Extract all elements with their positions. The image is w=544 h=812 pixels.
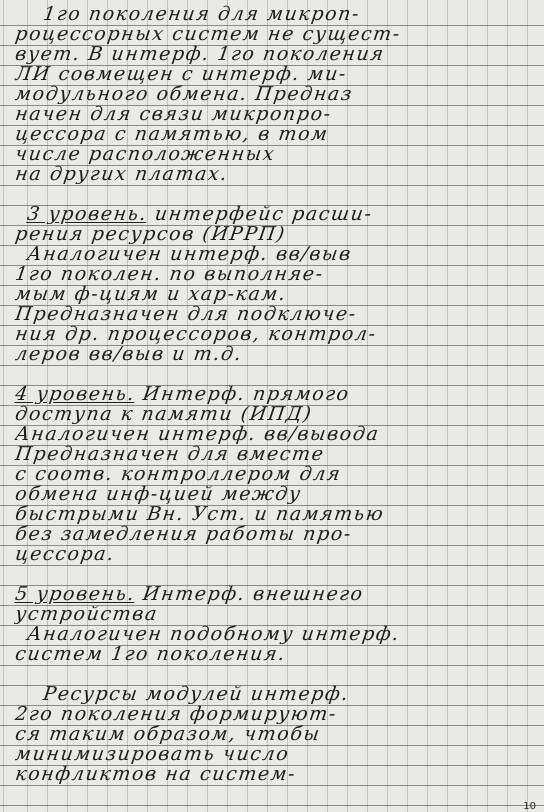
text-line: Ресурсы модулей интерф. [14,684,537,704]
block-level-4: 4 уровень. Интерф. прямого доступа к пам… [14,384,534,564]
spacer [14,564,534,584]
text-line: доступа к памяти (ИПД) [14,404,537,424]
text-line: ЛИ совмещен с интерф. ми- [14,64,537,84]
text-fragment: интерфейс расши- [146,204,374,224]
text-line: цессора. [14,544,537,564]
text-line: начен для связи микропро- [14,104,537,124]
page-number: 10 [523,801,536,812]
text-line: устройства [14,604,537,624]
section-heading: 5 уровень. [14,584,137,604]
text-line: 1го поколен. по выполняе- [14,264,537,284]
block-intro: 1го поколения для микроп- роцессорных си… [14,4,534,184]
text-line: рения ресурсов (ИРРП) [14,224,537,244]
text-line: ся таким образом, чтобы [14,724,537,744]
block-level-5: 5 уровень. Интерф. внешнего устройства А… [14,584,534,664]
text-line: 2го поколения формируют- [14,704,537,724]
text-line: 1го поколения для микроп- [14,4,537,24]
handwritten-notes: 1го поколения для микроп- роцессорных си… [14,4,534,784]
text-line: без замедления работы про- [14,524,537,544]
text-line: цессора с памятью, в том [14,124,537,144]
spacer [14,184,534,204]
text-line: Аналогичен интерф. вв/вывода [14,424,537,444]
text-line: ния др. процессоров, контрол- [14,324,537,344]
text-line: Аналогичен интерф. вв/выв [14,244,537,264]
text-line: роцессорных систем не сущест- [14,24,537,44]
text-fragment: Интерф. прямого [134,384,351,404]
text-line: на других платах. [14,164,537,184]
text-fragment: Интерф. внешнего [134,584,365,604]
section-heading-line: 3 уровень. интерфейс расши- [14,204,537,224]
text-line: Предназначен для подключе- [14,304,537,324]
text-line: леров вв/выв и т.д. [14,344,537,364]
section-heading: 4 уровень. [14,384,137,404]
text-line: конфликтов на систем- [14,764,537,784]
text-line: числе расположенных [14,144,537,164]
text-line: систем 1го поколения. [14,644,537,664]
text-line: с соотв. контроллером для [14,464,537,484]
spacer [14,664,534,684]
text-line: вует. В интерф. 1го поколения [14,44,537,64]
text-line: модульного обмена. Предназ [14,84,537,104]
block-resources: Ресурсы модулей интерф. 2го поколения фо… [14,684,534,784]
text-line: Аналогичен подобному интерф. [14,624,537,644]
section-heading-line: 4 уровень. Интерф. прямого [14,384,537,404]
text-line: быстрыми Вн. Уст. и памятью [14,504,537,524]
text-line: минимизировать число [14,744,537,764]
text-line: обмена инф-цией между [14,484,537,504]
section-heading-line: 5 уровень. Интерф. внешнего [14,584,537,604]
spacer [14,364,534,384]
block-level-3: 3 уровень. интерфейс расши- рения ресурс… [14,204,534,364]
text-line: Предназначен для вместе [14,444,537,464]
section-heading: 3 уровень. [26,204,149,224]
text-line: мым ф-циям и хар-кам. [14,284,537,304]
